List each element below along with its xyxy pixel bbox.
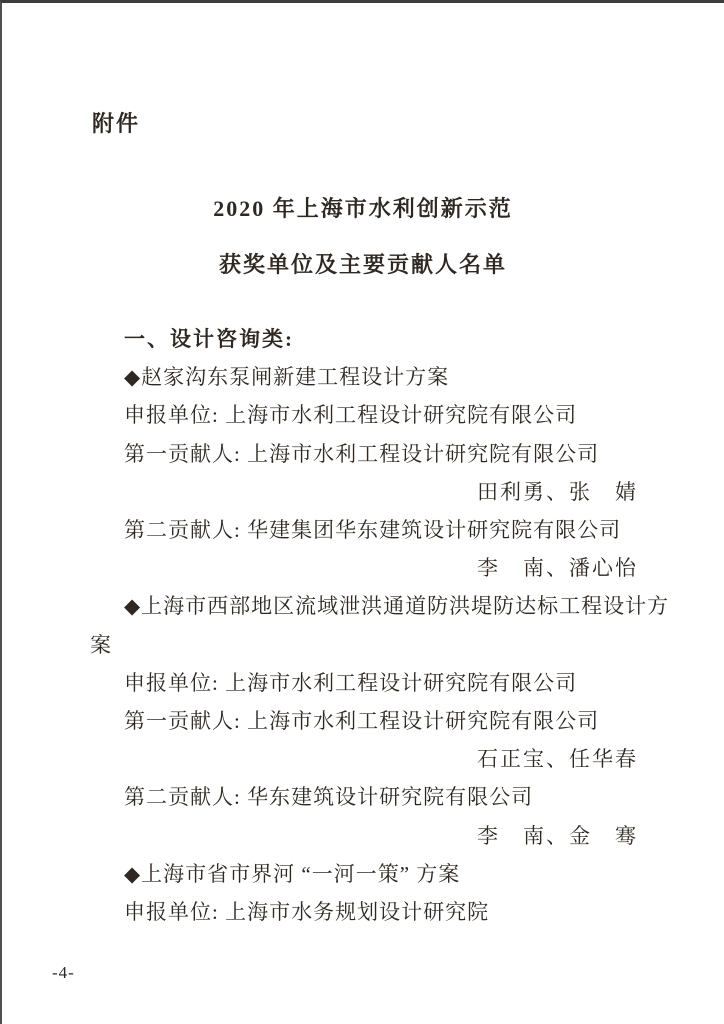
applicant-line: 申报单位: 上海市水利工程设计研究院有限公司 bbox=[90, 663, 638, 701]
project-title-wrap: 案 bbox=[90, 625, 638, 663]
project-title: ◆上海市西部地区流域泄洪通道防洪堤防达标工程设计方 bbox=[90, 586, 638, 624]
section-heading: 一、设计咨询类: bbox=[90, 319, 638, 357]
first-contributor-line: 第一贡献人: 上海市水利工程设计研究院有限公司 bbox=[90, 434, 638, 472]
page-number: -4- bbox=[52, 963, 75, 983]
applicant-line: 申报单位: 上海市水务规划设计研究院 bbox=[90, 892, 638, 930]
contributor-names: 李 南、金 骞 bbox=[90, 815, 638, 853]
project-title: ◆上海市省市界河 “一河一策” 方案 bbox=[90, 854, 638, 892]
document-page: 附件 2020 年上海市水利创新示范 获奖单位及主要贡献人名单 一、设计咨询类:… bbox=[0, 0, 724, 1024]
document-title-line2: 获奖单位及主要贡献人名单 bbox=[2, 252, 724, 278]
attachment-label: 附件 bbox=[92, 107, 140, 138]
document-body: 一、设计咨询类: ◆赵家沟东泵闸新建工程设计方案 申报单位: 上海市水利工程设计… bbox=[2, 319, 724, 930]
document-title-line1: 2020 年上海市水利创新示范 bbox=[2, 196, 724, 222]
project-title: ◆赵家沟东泵闸新建工程设计方案 bbox=[90, 357, 638, 395]
contributor-names: 石正宝、任华春 bbox=[90, 739, 638, 777]
document-title: 2020 年上海市水利创新示范 获奖单位及主要贡献人名单 bbox=[2, 196, 724, 278]
second-contributor-line: 第二贡献人: 华建集团华东建筑设计研究院有限公司 bbox=[90, 510, 638, 548]
first-contributor-line: 第一贡献人: 上海市水利工程设计研究院有限公司 bbox=[90, 701, 638, 739]
contributor-names: 李 南、潘心怡 bbox=[90, 548, 638, 586]
contributor-names: 田利勇、张 婧 bbox=[90, 472, 638, 510]
applicant-line: 申报单位: 上海市水利工程设计研究院有限公司 bbox=[90, 395, 638, 433]
second-contributor-line: 第二贡献人: 华东建筑设计研究院有限公司 bbox=[90, 777, 638, 815]
